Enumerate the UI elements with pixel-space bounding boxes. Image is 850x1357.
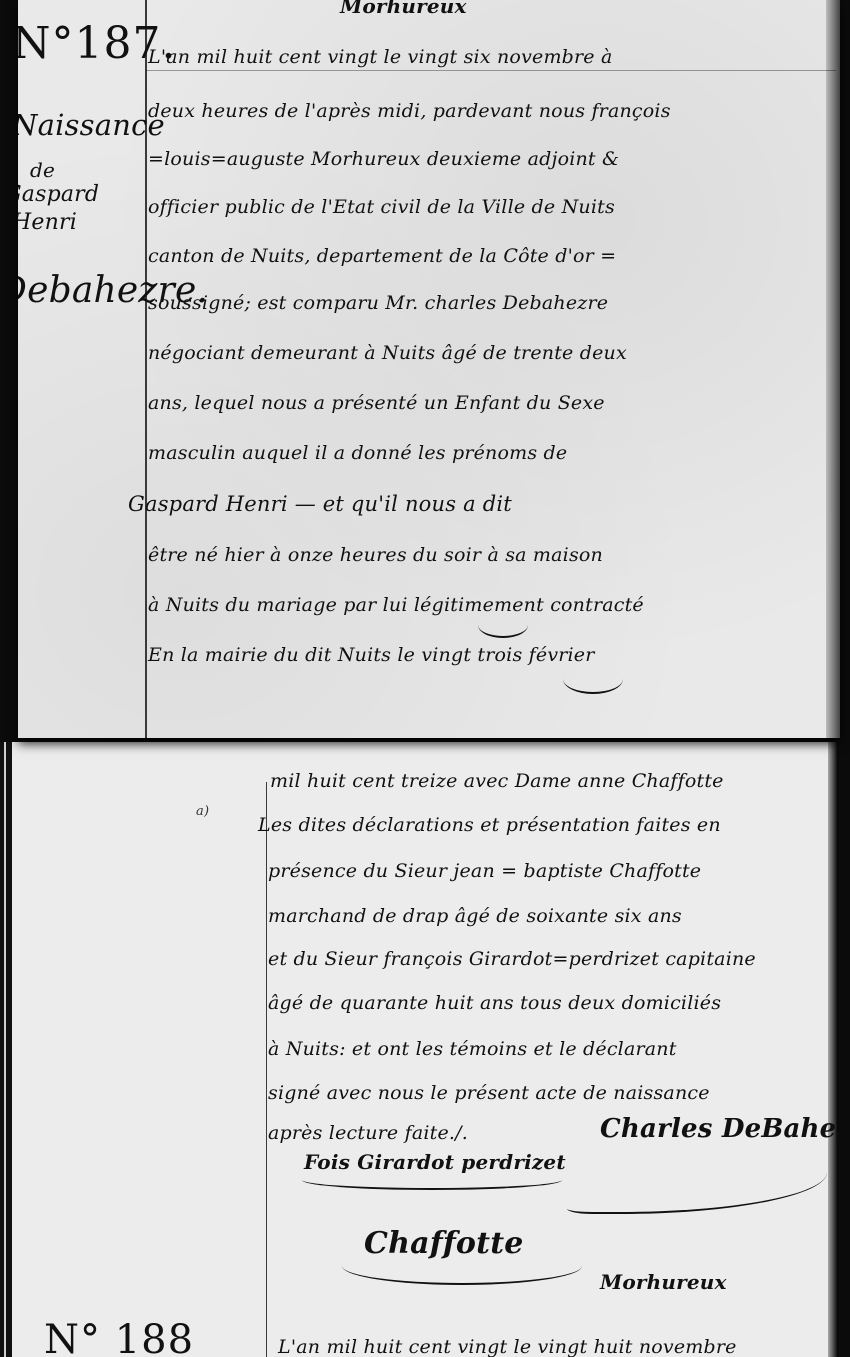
- signature-officer: Morhureux: [600, 1270, 727, 1294]
- record-line: ans, lequel nous a présenté un Enfant du…: [148, 392, 605, 414]
- record-line: deux heures de l'après midi, pardevant n…: [148, 100, 671, 122]
- binding-edge: [0, 742, 12, 1357]
- record-line: canton de Nuits, departement de la Côte …: [148, 245, 616, 267]
- record-line-names: Gaspard Henri — et qu'il nous a dit: [128, 492, 512, 516]
- next-entry-number: N° 188: [44, 1317, 194, 1357]
- record-line: à Nuits: et ont les témoins et le déclar…: [268, 1038, 677, 1060]
- register-page-top: Morhureux N°187. Naissance de Gaspard He…: [18, 0, 840, 738]
- signature-flourish: [342, 1247, 582, 1285]
- record-line: L'an mil huit cent vingt le vingt six no…: [148, 46, 613, 68]
- ruled-line: [146, 70, 836, 71]
- flourish: [563, 664, 623, 694]
- record-line: signé avec nous le présent acte de naiss…: [268, 1082, 710, 1104]
- record-line: négociant demeurant à Nuits âgé de trent…: [148, 342, 627, 364]
- record-line: marchand de drap âgé de soixante six ans: [268, 905, 682, 927]
- margin-given-name-1: Gaspard: [18, 182, 99, 207]
- margin-note: a): [196, 804, 209, 819]
- signature-flourish: [302, 1170, 562, 1190]
- record-line: présence du Sieur jean = baptiste Chaffo…: [268, 860, 701, 882]
- record-line: être né hier à onze heures du soir à sa …: [148, 544, 603, 566]
- record-line: soussigné; est comparu Mr. charles Debah…: [148, 292, 608, 314]
- page-edge-shadow: [826, 0, 840, 738]
- record-line: =louis=auguste Morhureux deuxieme adjoin…: [148, 148, 619, 170]
- margin-given-name-2: Henri: [18, 210, 77, 235]
- page-edge-shadow: [828, 742, 838, 1357]
- margin-rule: [266, 782, 267, 1357]
- record-line: âgé de quarante huit ans tous deux domic…: [268, 992, 721, 1014]
- margin-title: Naissance: [18, 108, 165, 142]
- record-line: à Nuits du mariage par lui légitimement …: [148, 594, 644, 616]
- record-line: mil huit cent treize avec Dame anne Chaf…: [270, 770, 724, 792]
- record-line: masculin auquel il a donné les prénoms d…: [148, 442, 567, 464]
- record-line: et du Sieur françois Girardot=perdrizet …: [268, 948, 756, 970]
- header-signature: Morhureux: [340, 0, 467, 18]
- register-page-bottom: a) mil huit cent treize avec Dame anne C…: [12, 742, 838, 1357]
- margin-of: de: [30, 158, 55, 182]
- signature-declarant: Charles DeBahezre: [600, 1114, 838, 1144]
- record-line: officier public de l'Etat civil de la Vi…: [148, 196, 615, 218]
- next-entry-first-line: L'an mil huit cent vingt le vingt huit n…: [278, 1336, 737, 1357]
- record-line: En la mairie du dit Nuits le vingt trois…: [148, 644, 595, 666]
- flourish: [478, 612, 528, 638]
- signature-flourish: [567, 1162, 827, 1214]
- record-line: Les dites déclarations et présentation f…: [258, 814, 721, 836]
- record-line: après lecture faite./.: [268, 1122, 468, 1144]
